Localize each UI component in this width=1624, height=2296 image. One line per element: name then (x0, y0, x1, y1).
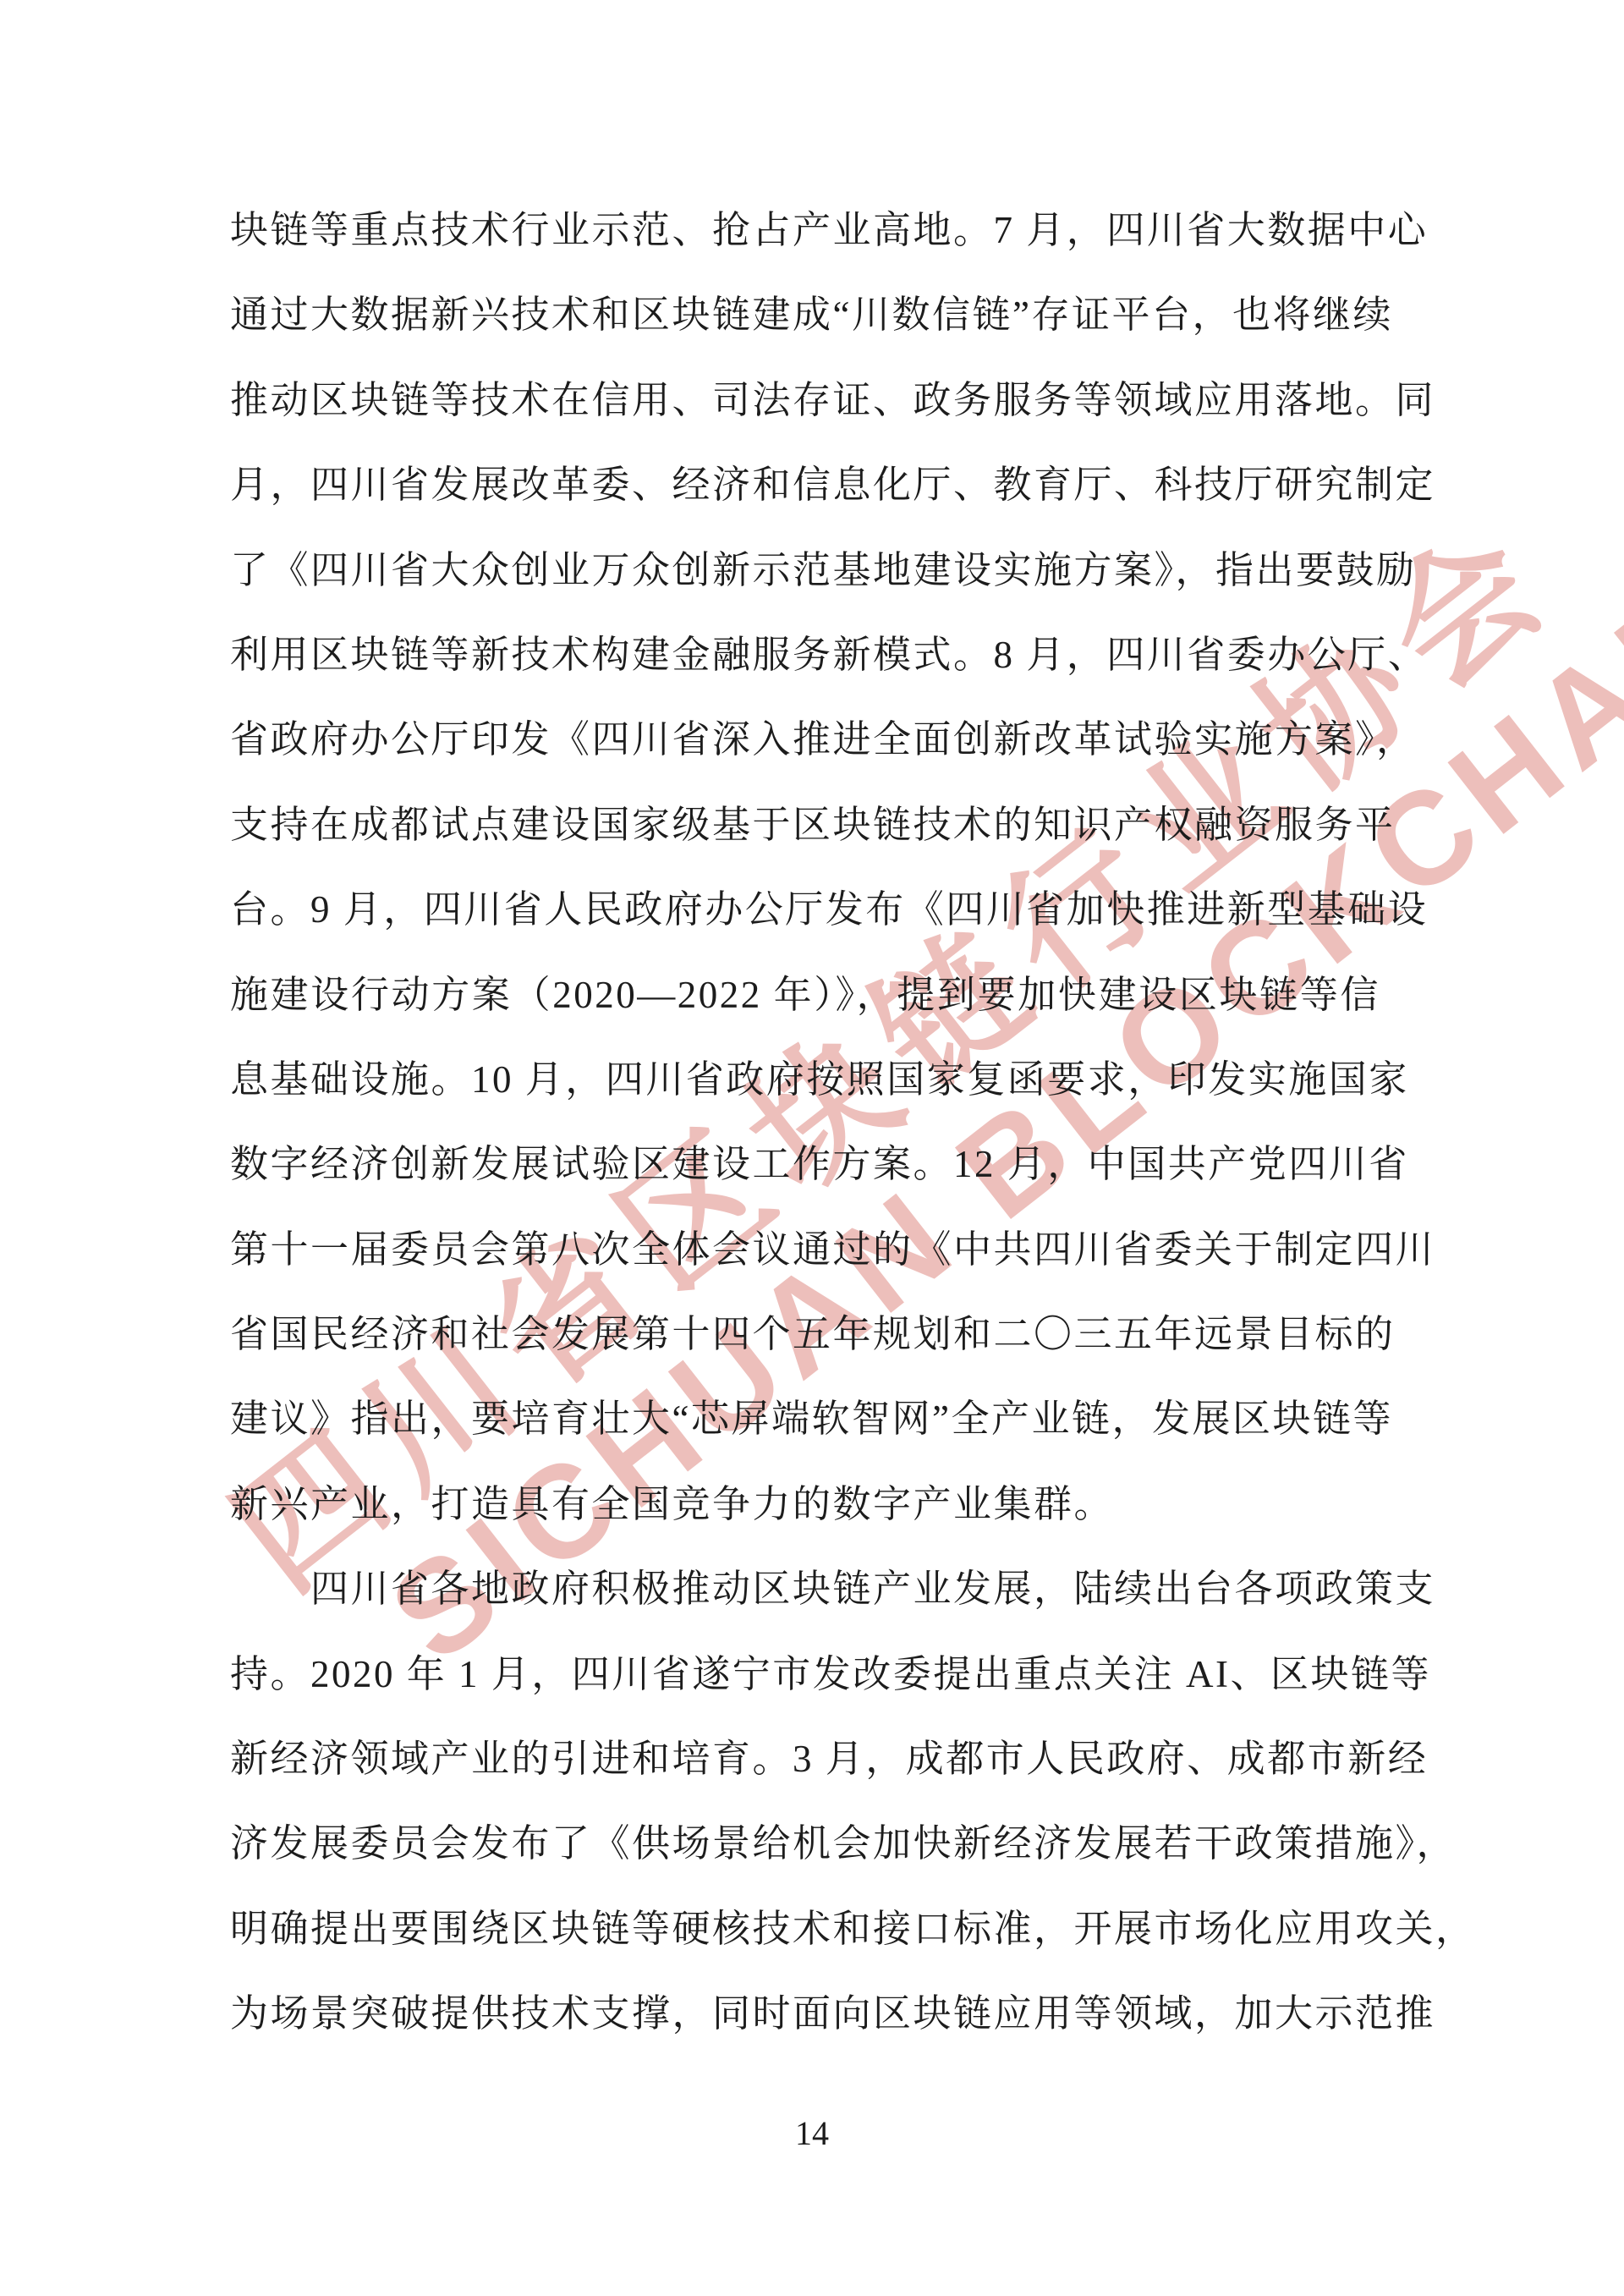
document-page: 四川省区块链行业协会 SICHUAN BLOCKCHAIN ASSOCIATIO… (0, 0, 1624, 2296)
text-line: 利用区块链等新技术构建金融服务新模式。8 月，四川省委办公厅、 (230, 612, 1380, 697)
text-line: 息基础设施。10 月，四川省政府按照国家复函要求，印发实施国家 (230, 1037, 1380, 1122)
text-line: 省政府办公厅印发《四川省深入推进全面创新改革试验实施方案》， (230, 697, 1380, 782)
text-line: 月，四川省发展改革委、经济和信息化厅、教育厅、科技厅研究制定 (230, 442, 1380, 527)
text-line: 第十一届委员会第八次全体会议通过的《中共四川省委关于制定四川 (230, 1207, 1380, 1292)
body-text: 块链等重点技术行业示范、抢占产业高地。7 月，四川省大数据中心 通过大数据新兴技… (230, 188, 1380, 2057)
text-line: 建议》指出，要培育壮大“芯屏端软智网”全产业链，发展区块链等 (230, 1376, 1380, 1461)
text-line: 持。2020 年 1 月，四川省遂宁市发改委提出重点关注 AI、区块链等 (230, 1632, 1380, 1717)
text-line: 块链等重点技术行业示范、抢占产业高地。7 月，四川省大数据中心 (230, 188, 1380, 272)
text-line: 了《四川省大众创业万众创新示范基地建设实施方案》，指出要鼓励 (230, 528, 1380, 612)
text-line: 施建设行动方案（2020—2022 年）》，提到要加快建设区块链等信 (230, 953, 1380, 1037)
text-line: 四川省各地政府积极推动区块链产业发展，陆续出台各项政策支 (230, 1546, 1380, 1631)
text-line: 省国民经济和社会发展第十四个五年规划和二〇三五年远景目标的 (230, 1292, 1380, 1376)
text-line: 数字经济创新发展试验区建设工作方案。12 月，中国共产党四川省 (230, 1122, 1380, 1206)
text-line: 新经济领域产业的引进和培育。3 月，成都市人民政府、成都市新经 (230, 1717, 1380, 1801)
text-line: 明确提出要围绕区块链等硬核技术和接口标准，开展市场化应用攻关， (230, 1887, 1380, 1971)
text-line: 支持在成都试点建设国家级基于区块链技术的知识产权融资服务平 (230, 783, 1380, 867)
page-number: 14 (0, 2113, 1624, 2153)
text-line: 台。9 月，四川省人民政府办公厅发布《四川省加快推进新型基础设 (230, 867, 1380, 952)
text-line: 为场景突破提供技术支撑，同时面向区块链应用等领域，加大示范推 (230, 1971, 1380, 2056)
text-line: 推动区块链等技术在信用、司法存证、政务服务等领域应用落地。同 (230, 358, 1380, 442)
text-line-paragraph-end: 新兴产业，打造具有全国竞争力的数字产业集群。 (230, 1462, 1380, 1546)
text-line: 济发展委员会发布了《供场景给机会加快新经济发展若干政策措施》， (230, 1801, 1380, 1886)
text-line: 通过大数据新兴技术和区块链建成“川数信链”存证平台，也将继续 (230, 272, 1380, 357)
